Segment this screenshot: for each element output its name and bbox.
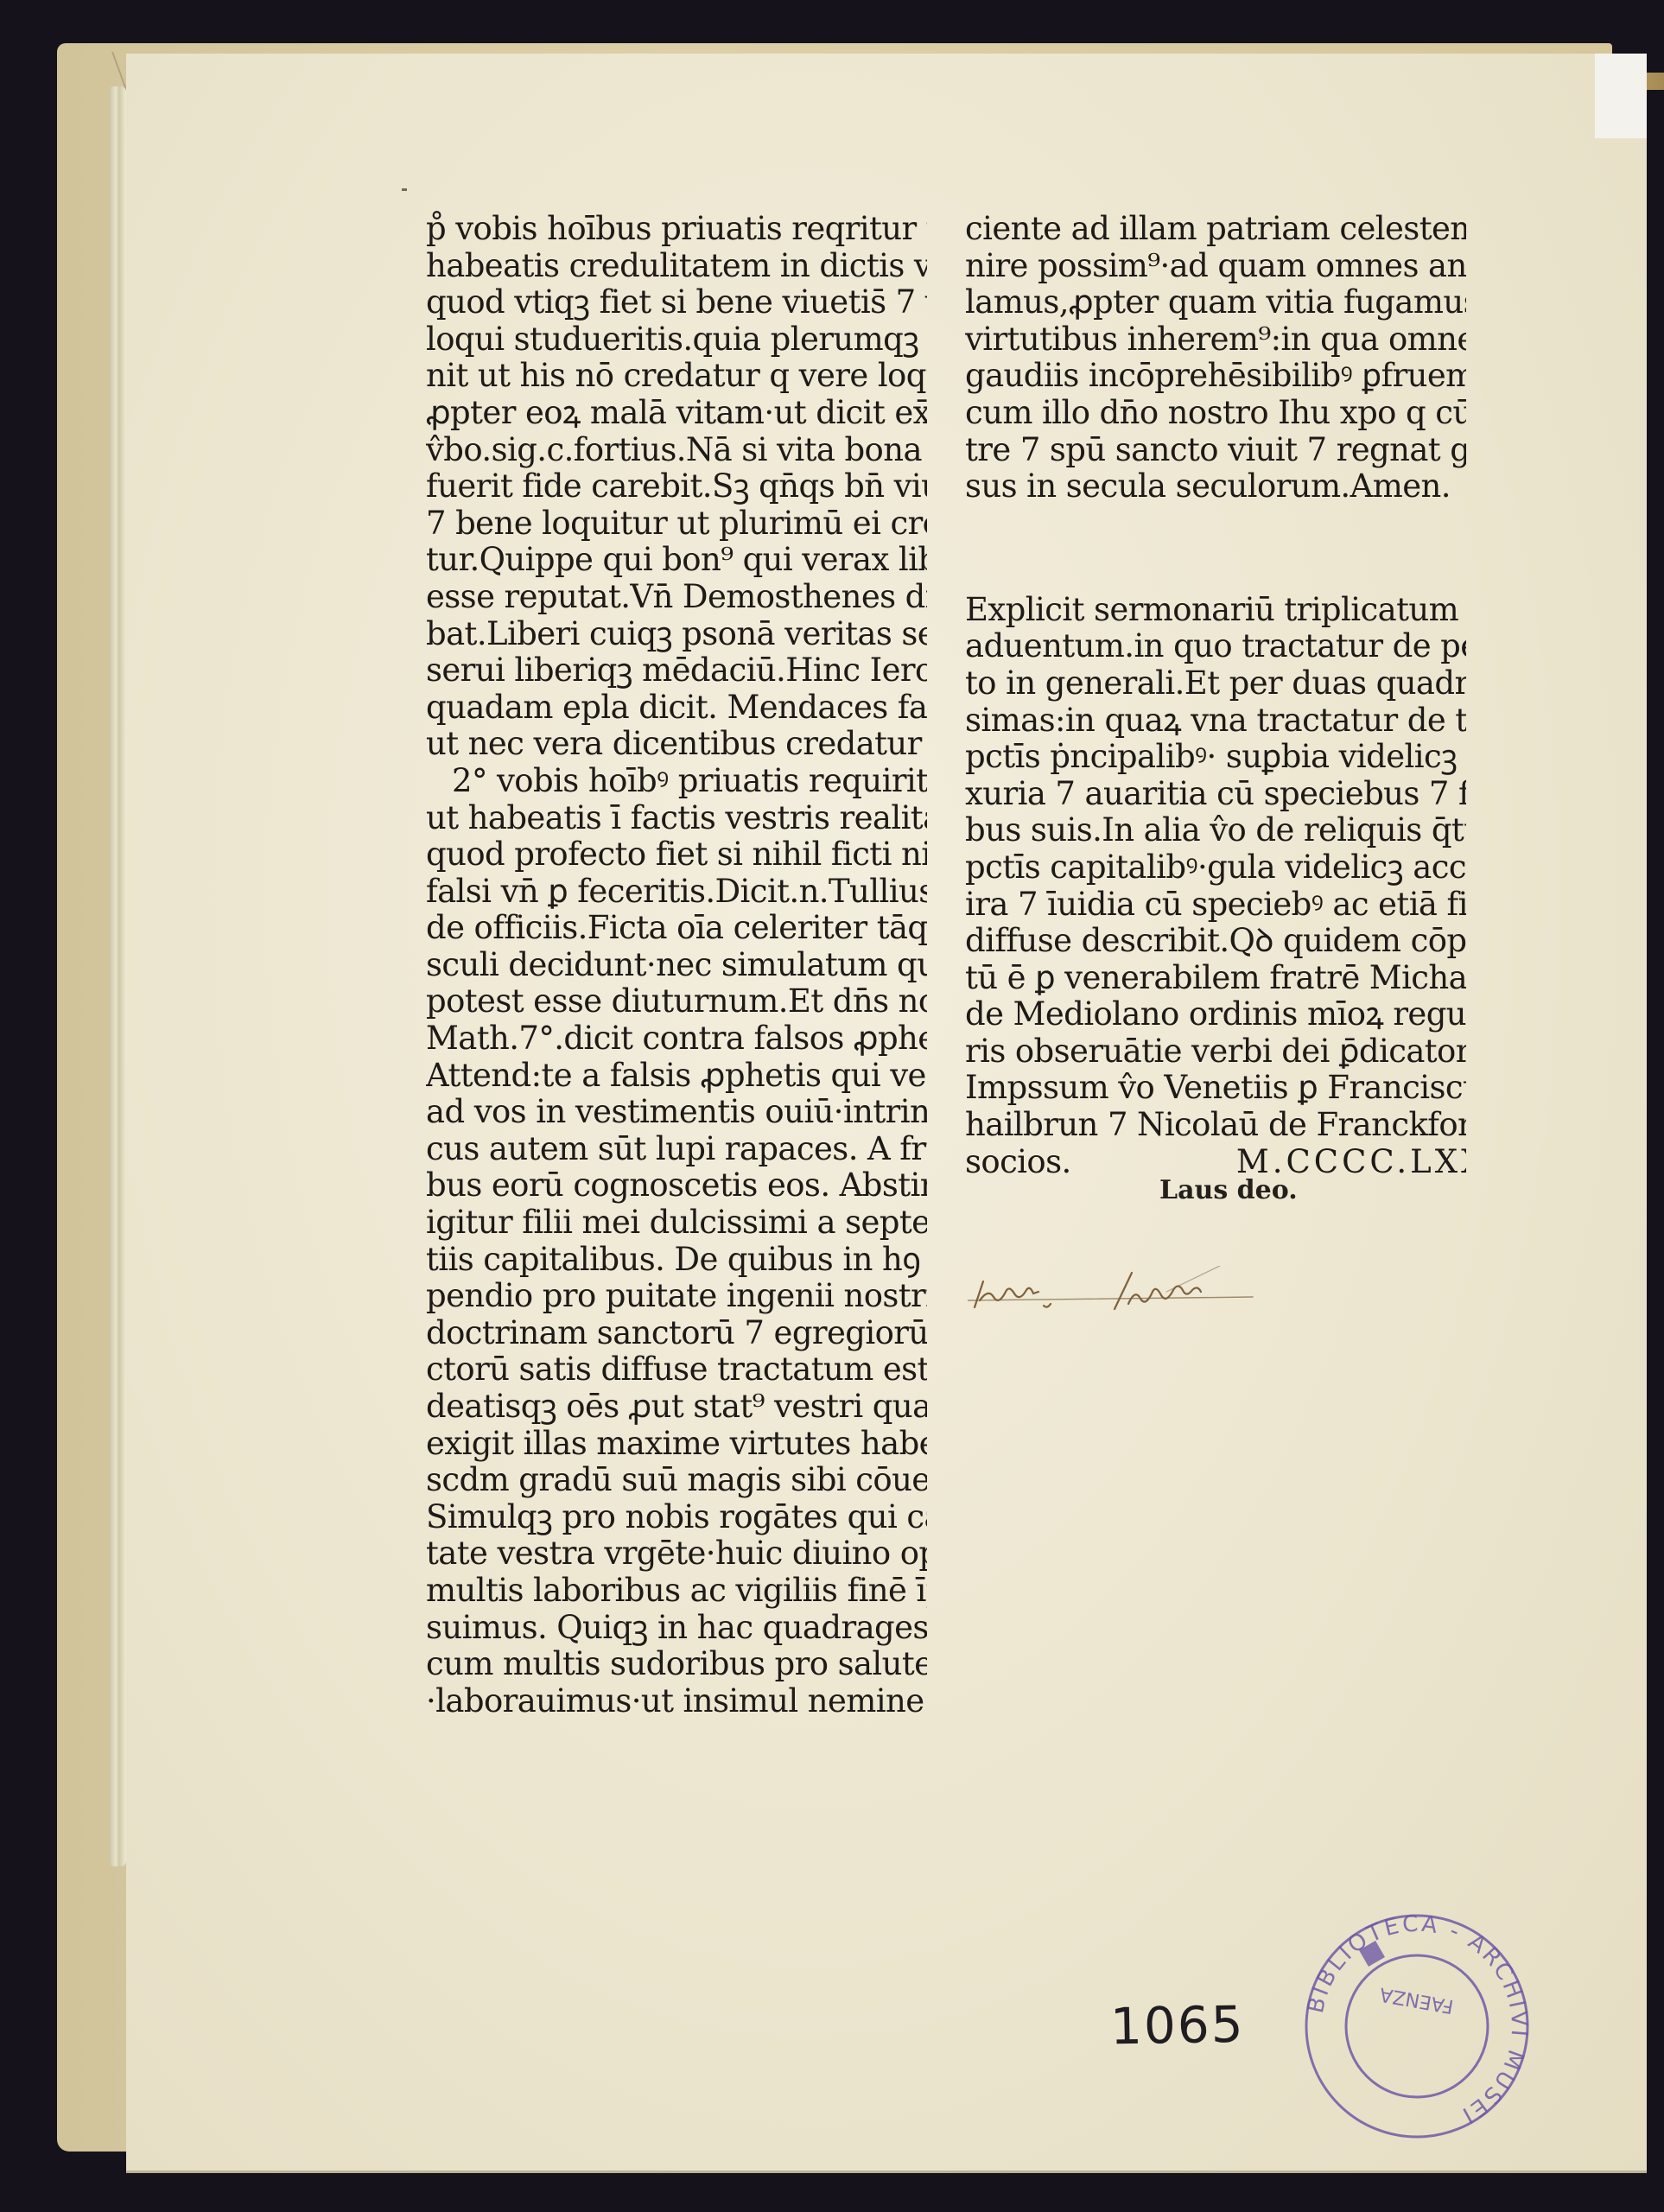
- text-line: to in generali.Et per duas quadrage-: [965, 665, 1466, 702]
- text-line: tate vestra vrgēte·huic diuino operi: [426, 1535, 927, 1573]
- text-line: lamus,ꝓpter quam vitia fugamus·7: [965, 284, 1466, 321]
- text-line: ꝓpter eoꝝ malā vitam·ut dicit̄ ex̄ de: [426, 395, 927, 432]
- sermon-ending: ciente ad illam patriam celestem puenire…: [965, 211, 1466, 505]
- stamp-inner-text: FAENZA: [1378, 1983, 1455, 2018]
- text-line: exigit illas maxime virtutes habere q̄: [426, 1426, 927, 1463]
- column-gap: [965, 505, 1466, 592]
- text-line: simas:in quaꝝ vna tractatur de tribꝰ: [965, 702, 1466, 740]
- left-text-column: p̊ vobis hoībus priuatis reqritur uthabe…: [426, 211, 927, 1719]
- text-line: quadam epl̄a dicit. Mendaces faciūt: [426, 690, 927, 727]
- text-line: cus autem sūt lupi rapaces. A fructi-: [426, 1131, 927, 1168]
- text-line: quod profecto fiet si nihil ficti nihil: [426, 836, 927, 874]
- text-line: pctīs capitalibꝰ·gula videlicꝫ accidia: [965, 849, 1466, 887]
- text-line: Attend:te a falsis ꝓphetis qui veniūt: [426, 1058, 927, 1095]
- text-line: cum illo dn̄o nostro Ihu xpo q cū pa-: [965, 395, 1466, 432]
- text-line: cum multis sudoribus pro salute vr̄a: [426, 1646, 927, 1683]
- text-line: quod vtiqꝫ fiet si bene viuetis̄ 7 vere: [426, 284, 927, 321]
- text-line: gaudiis incōprehēsibilibꝰ ꝑfruemur: [965, 358, 1466, 395]
- text-line: habeatis credulitatem in dictis vr̄is.: [426, 248, 927, 285]
- text-line: 7 bene loquitur ut plurimū ei credi-: [426, 505, 927, 543]
- text-line: diffuse describit̄.Qꝺ quidem cōpila-: [965, 923, 1466, 960]
- text-line: 2° vobis hoībꝰ priuatis requiritur: [426, 763, 927, 800]
- ink-speck: [402, 188, 407, 191]
- text-line: de Mediolano ordinis mīoꝝ regula-: [965, 996, 1466, 1033]
- explicit-laus-deo: Laus deo.: [1159, 1175, 1298, 1205]
- text-line: nire possim⁹·ad quam omnes anhe-: [965, 248, 1466, 285]
- text-line: ad vos in vestimentis ouiū·intrinse-: [426, 1094, 927, 1131]
- text-line: fuerit fide carebit.Sꝫ qn̄qs bn̄ viuit: [426, 468, 927, 505]
- colophon: Explicit sermonariū triplicatum peraduen…: [965, 592, 1466, 1144]
- text-line: tre 7 spū sancto viuit 7 regnat glorio-: [965, 432, 1466, 469]
- text-line: bat.Liberi cuiqꝫ psonā veritas sepat: [426, 616, 927, 653]
- text-line: ciente ad illam patriam celestem pue: [965, 211, 1466, 248]
- text-line: igitur filii mei dulcissimi a septem vi-: [426, 1205, 927, 1242]
- text-line: nit ut his nō credatur q vere loquūt: [426, 358, 927, 395]
- text-line: xuria 7 auaritia cū speciebus 7 filia-: [965, 776, 1466, 813]
- text-line: deatisqꝫ oēs ꝓut stat⁹ vestri qualitas: [426, 1389, 927, 1426]
- text-line: pctīs ṗncipalibꝰ· suꝑbia videlicꝫ lu-: [965, 739, 1466, 776]
- text-line: sus in secula seculorum.Amen.: [965, 468, 1466, 505]
- text-line: multis laboribus ac vigiliis finē īpo-: [426, 1573, 927, 1610]
- text-line: serui liberiqꝫ mēdaciū.Hinc Iero⁹ in: [426, 652, 927, 690]
- text-line: virtutibus inherem⁹:in qua omnes: [965, 321, 1466, 359]
- text-line: Impssum v̂o Venetiis ꝑ Franciscū de: [965, 1070, 1466, 1107]
- text-line: p̊ vobis hoībus priuatis reqritur ut: [426, 211, 927, 248]
- text-line: v̂bo.sig.c.fortius.Nā si vita bona de-: [426, 432, 927, 469]
- text-line: ris obseruātie verbi dei ꝑ̄dicatorem.: [965, 1033, 1466, 1071]
- text-line: Math.7°.dicit contra falsos ꝓphetas.: [426, 1020, 927, 1058]
- text-line: tū ē ꝑ venerabilem fratrē Michaelē: [965, 960, 1466, 997]
- text-line: ctorū satis diffuse tractatum est.Stu-: [426, 1351, 927, 1389]
- text-line: pendio pro puitate ingenii nostri sm̄: [426, 1278, 927, 1315]
- text-line: hailbrun 7 Nicolaū de Franckfordia: [965, 1107, 1466, 1144]
- text-line: ut nec vera dicentibus credatur eis.: [426, 726, 927, 763]
- text-line: tur.Quippe qui bon⁹ qui verax liber: [426, 542, 927, 579]
- background-card-strip: [1595, 54, 1647, 138]
- library-stamp: BIBLIOTECA - ARCHIVI MUSEI FAENZA: [1300, 1910, 1534, 2143]
- handwritten-shelfmark: 1065: [1109, 1995, 1245, 2056]
- text-line: potest esse diuturnum.Et dn̄s noster: [426, 983, 927, 1020]
- colophon-socios: socios.: [965, 1144, 1071, 1180]
- text-line: suimus. Quiqꝫ in hac quadragesima: [426, 1610, 927, 1647]
- text-line: Explicit sermonariū triplicatum per: [965, 592, 1466, 629]
- page-edge-stack: [109, 86, 126, 1866]
- text-line: ·laborauimus·ut insimul nemine defi: [426, 1683, 927, 1720]
- text-line: doctrinam sanctorū 7 egregiorū do-: [426, 1315, 927, 1352]
- text-line: sculi decidunt·nec simulatum quicqꝫ: [426, 947, 927, 984]
- text-line: bus suis.In alia v̂o de reliquis q̄tuor: [965, 812, 1466, 849]
- text-line: esse reputat̄.Vn̄ Demosthenes dice-: [426, 579, 927, 616]
- handwritten-signature: [968, 1266, 1279, 1318]
- text-line: ira 7 īuidia cū speciebꝰ ac etiā filiabꝰ…: [965, 887, 1466, 924]
- text-line: aduentum.in quo tractatur de pecca-: [965, 628, 1466, 665]
- text-line: scd̄m gradū suū magis sibi cōueniūt.: [426, 1462, 927, 1499]
- text-line: falsi vn̄ ꝑ feceritis.Dicit.n.Tullius p̊: [426, 874, 927, 911]
- text-line: bus eorū cognoscetis eos. Abstinete: [426, 1167, 927, 1205]
- text-line: ut habeatis ī factis vestris realitatē.: [426, 800, 927, 837]
- right-text-column: ciente ad illam patriam celestem puenire…: [965, 211, 1466, 1180]
- text-line: Simulqꝫ pro nobis rogātes qui cari-: [426, 1499, 927, 1536]
- text-line: de officiis.Ficta oīa celeriter tāqꝫ flo…: [426, 910, 927, 947]
- text-line: loqui studueritis.quia plerumqꝫ eue-: [426, 321, 927, 359]
- text-line: tiis capitalibus. De quibus in hꝯ cō-: [426, 1242, 927, 1279]
